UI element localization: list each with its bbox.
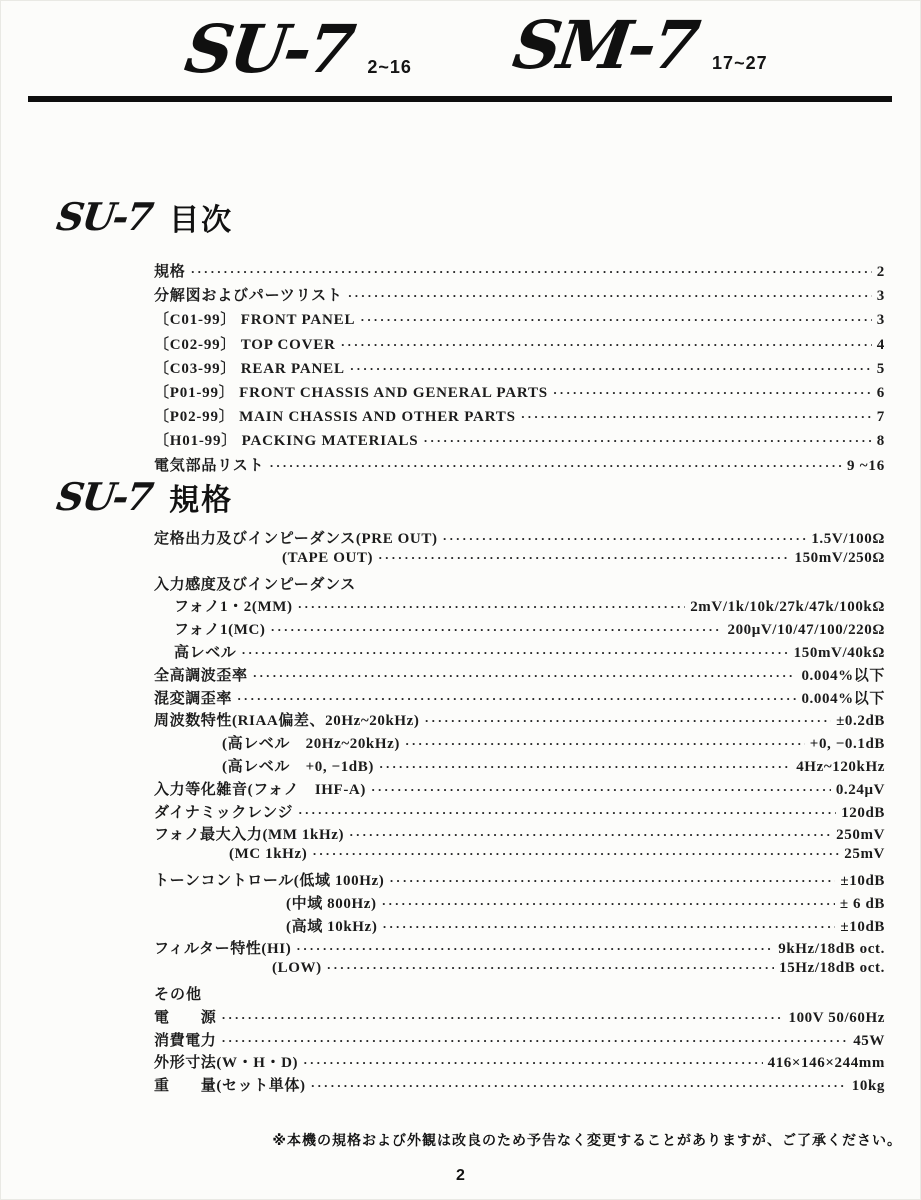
spec-row: 高レベル 150mV/40kΩ <box>154 641 885 664</box>
spec-row: フィルター特性(HI) 9kHz/18dB oct. <box>154 937 885 960</box>
toc-item-page: 7 <box>877 409 885 426</box>
specs-heading-logo: SU-7 <box>54 478 153 516</box>
spec-value: ±10dB <box>840 919 885 936</box>
toc-row: 〔H01-99〕 PACKING MATERIALS 8 <box>154 429 885 453</box>
specs-list: 定格出力及びインピーダンス(PRE OUT) 1.5V/100Ω (TAPE O… <box>154 527 885 1097</box>
spec-value: ±0.2dB <box>836 713 885 730</box>
toc-row: 〔C02-99〕 TOP COVER 4 <box>154 333 885 357</box>
dotted-leader <box>443 531 807 548</box>
spec-label: (MC 1kHz) <box>229 846 307 863</box>
spec-value: 45W <box>853 1033 885 1050</box>
spec-value: 150mV/250Ω <box>794 550 885 567</box>
spec-value: 2mV/1k/10k/27k/47k/100kΩ <box>690 599 885 616</box>
dotted-leader <box>378 550 789 567</box>
spec-label: (TAPE OUT) <box>282 550 373 567</box>
spec-value: 120dB <box>841 805 885 822</box>
scanned-manual-page: { "header": { "model_left": "SU-7", "pag… <box>0 0 921 1200</box>
spec-value: +0, −0.1dB <box>810 736 885 753</box>
toc-item-page: 4 <box>877 337 885 354</box>
spec-row: その他 <box>154 983 885 1006</box>
spec-label: 入力等化雑音(フォノ IHF-A) <box>154 778 366 799</box>
toc-item-label: 規格 <box>154 260 186 281</box>
spec-label: 定格出力及びインピーダンス(PRE OUT) <box>154 527 438 548</box>
dotted-leader <box>311 1078 847 1095</box>
spec-label: フォノ1・2(MM) <box>174 595 293 616</box>
dotted-leader <box>303 1055 763 1072</box>
spec-value: 0.004%以下 <box>801 687 885 708</box>
spec-label: 外形寸法(W・H・D) <box>154 1051 298 1072</box>
dotted-leader <box>382 896 835 913</box>
spec-label: その他 <box>154 983 202 1004</box>
dotted-leader <box>553 385 872 402</box>
spec-label: フォノ最大入力(MM 1kHz) <box>154 823 344 844</box>
spec-label: 電 源 <box>154 1006 216 1027</box>
spec-row: (高域 10kHz) ±10dB <box>154 915 885 938</box>
specs-heading: SU-7 規格 <box>57 478 233 516</box>
spec-row: ダイナミックレンジ 120dB <box>154 801 885 824</box>
toc-heading-logo: SU-7 <box>54 198 153 236</box>
dotted-leader <box>348 288 872 305</box>
toc-item-label: 〔P02-99〕 MAIN CHASSIS AND OTHER PARTS <box>154 405 516 426</box>
sm7-logo: SM-7 <box>509 12 700 78</box>
toc-row: 規格 2 <box>154 260 885 284</box>
toc-item-page: 5 <box>877 361 885 378</box>
spec-row: トーンコントロール(低域 100Hz) ±10dB <box>154 869 885 892</box>
dotted-leader <box>350 361 872 378</box>
toc-list: 規格 2 分解図およびパーツリスト 3 〔C01-99〕 FRONT PANEL… <box>154 260 885 478</box>
spec-label: (高域 10kHz) <box>286 915 377 936</box>
spec-label: フォノ1(MC) <box>174 618 266 639</box>
toc-item-label: 〔P01-99〕 FRONT CHASSIS AND GENERAL PARTS <box>154 381 548 402</box>
toc-item-page: 8 <box>877 433 885 450</box>
dotted-leader <box>312 846 839 863</box>
dotted-leader <box>405 736 805 753</box>
spec-row: (高レベル 20Hz~20kHz) +0, −0.1dB <box>154 732 885 755</box>
toc-item-label: 〔C02-99〕 TOP COVER <box>154 333 336 354</box>
spec-row: (TAPE OUT) 150mV/250Ω <box>154 550 885 573</box>
specs-heading-title: 規格 <box>169 486 233 516</box>
dotted-leader <box>327 960 774 977</box>
toc-item-label: 分解図およびパーツリスト <box>154 284 343 305</box>
spec-value: ±10dB <box>840 873 885 890</box>
spec-value: 416×146×244mm <box>768 1055 885 1072</box>
spec-label: 混変調歪率 <box>154 687 232 708</box>
toc-row: 〔P02-99〕 MAIN CHASSIS AND OTHER PARTS 7 <box>154 405 885 429</box>
spec-value: 250mV <box>836 827 885 844</box>
spec-row: (高レベル +0, −1dB) 4Hz~120kHz <box>154 755 885 778</box>
spec-value: 100V 50/60Hz <box>788 1010 885 1027</box>
dotted-leader <box>389 873 835 890</box>
toc-heading-title: 目次 <box>169 206 233 236</box>
spec-label: ダイナミックレンジ <box>154 801 293 822</box>
toc-row: 〔C01-99〕 FRONT PANEL 3 <box>154 308 885 332</box>
dotted-leader <box>298 805 836 822</box>
toc-item-page: 3 <box>877 288 885 305</box>
toc-row: 〔C03-99〕 REAR PANEL 5 <box>154 357 885 381</box>
spec-label: (中域 800Hz) <box>286 892 377 913</box>
spec-row: 入力等化雑音(フォノ IHF-A) 0.24μV <box>154 778 885 801</box>
toc-item-page: 3 <box>877 312 885 329</box>
spec-label: 周波数特性(RIAA偏差、20Hz~20kHz) <box>154 709 420 730</box>
dotted-leader <box>271 622 723 639</box>
su7-page-range: 2~16 <box>367 57 412 78</box>
spec-row: フォノ1・2(MM) 2mV/1k/10k/27k/47k/100kΩ <box>154 595 885 618</box>
spec-value: 150mV/40kΩ <box>794 645 885 662</box>
spec-row: 入力感度及びインピーダンス <box>154 573 885 596</box>
spec-value: 10kg <box>852 1078 885 1095</box>
spec-value: ± 6 dB <box>840 896 885 913</box>
spec-row: 重 量(セット単体) 10kg <box>154 1074 885 1097</box>
spec-row: フォノ最大入力(MM 1kHz) 250mV <box>154 823 885 846</box>
spec-value: 1.5V/100Ω <box>811 531 885 548</box>
spec-row: 周波数特性(RIAA偏差、20Hz~20kHz) ±0.2dB <box>154 709 885 732</box>
sm7-page-range: 17~27 <box>712 53 768 74</box>
spec-row: (中域 800Hz) ± 6 dB <box>154 892 885 915</box>
spec-value: 15Hz/18dB oct. <box>779 960 885 977</box>
spec-row: (LOW) 15Hz/18dB oct. <box>154 960 885 983</box>
spec-row: 消費電力 45W <box>154 1029 885 1052</box>
dotted-leader <box>221 1033 848 1050</box>
spec-value: 25mV <box>844 846 885 863</box>
spec-row: 外形寸法(W・H・D) 416×146×244mm <box>154 1051 885 1074</box>
toc-item-page: 6 <box>877 385 885 402</box>
su7-logo: SU-7 <box>181 16 356 82</box>
spec-label: フィルター特性(HI) <box>154 937 291 958</box>
toc-item-label: 電気部品リスト <box>154 454 264 475</box>
dotted-leader <box>521 409 872 426</box>
toc-item-label: 〔H01-99〕 PACKING MATERIALS <box>154 429 418 450</box>
dotted-leader <box>296 941 773 958</box>
spec-label: トーンコントロール(低域 100Hz) <box>154 869 384 890</box>
brand-su7: SU-7 2~16 <box>186 16 412 82</box>
spec-label: 消費電力 <box>154 1029 216 1050</box>
dotted-leader <box>237 691 796 708</box>
spec-label: 高レベル <box>174 641 236 662</box>
toc-item-label: 〔C01-99〕 FRONT PANEL <box>154 308 355 329</box>
toc-row: 分解図およびパーツリスト 3 <box>154 284 885 308</box>
dotted-leader <box>191 264 872 281</box>
spec-row: 定格出力及びインピーダンス(PRE OUT) 1.5V/100Ω <box>154 527 885 550</box>
spec-value: 4Hz~120kHz <box>796 759 885 776</box>
dotted-leader <box>360 312 871 329</box>
spec-value: 0.004%以下 <box>801 664 885 685</box>
toc-item-page: 2 <box>877 264 885 281</box>
toc-row: 電気部品リスト 9 ~16 <box>154 454 885 478</box>
spec-label: (高レベル 20Hz~20kHz) <box>222 732 400 753</box>
dotted-leader <box>379 759 791 776</box>
spec-label: (LOW) <box>272 960 322 977</box>
spec-row: フォノ1(MC) 200μV/10/47/100/220Ω <box>154 618 885 641</box>
dotted-leader <box>253 668 797 685</box>
spec-label: (高レベル +0, −1dB) <box>222 755 374 776</box>
spec-value: 200μV/10/47/100/220Ω <box>727 622 885 639</box>
dotted-leader <box>269 458 842 475</box>
spec-label: 重 量(セット単体) <box>154 1074 306 1095</box>
dotted-leader <box>423 433 871 450</box>
toc-item-page: 9 ~16 <box>847 458 885 475</box>
toc-row: 〔P01-99〕 FRONT CHASSIS AND GENERAL PARTS… <box>154 381 885 405</box>
dotted-leader <box>371 782 831 799</box>
dotted-leader <box>221 1010 783 1027</box>
toc-heading: SU-7 目次 <box>57 198 233 236</box>
dotted-leader <box>341 337 872 354</box>
toc-item-label: 〔C03-99〕 REAR PANEL <box>154 357 345 378</box>
brand-sm7: SM-7 17~27 <box>514 12 768 78</box>
footnote: ※本機の規格および外観は改良のため予告なく変更することがありますが、ご了承くださ… <box>272 1130 902 1150</box>
header-divider <box>28 96 892 102</box>
spec-row: 混変調歪率 0.004%以下 <box>154 687 885 710</box>
dotted-leader <box>298 599 686 616</box>
spec-value: 9kHz/18dB oct. <box>778 941 885 958</box>
spec-row: (MC 1kHz) 25mV <box>154 846 885 869</box>
dotted-leader <box>425 713 832 730</box>
spec-row: 全高調波歪率 0.004%以下 <box>154 664 885 687</box>
dotted-leader <box>382 919 835 936</box>
spec-row: 電 源 100V 50/60Hz <box>154 1006 885 1029</box>
dotted-leader <box>349 827 831 844</box>
spec-label: 全高調波歪率 <box>154 664 248 685</box>
spec-label: 入力感度及びインピーダンス <box>154 573 356 594</box>
page-number: 2 <box>0 1167 921 1185</box>
spec-value: 0.24μV <box>836 782 885 799</box>
dotted-leader <box>241 645 788 662</box>
